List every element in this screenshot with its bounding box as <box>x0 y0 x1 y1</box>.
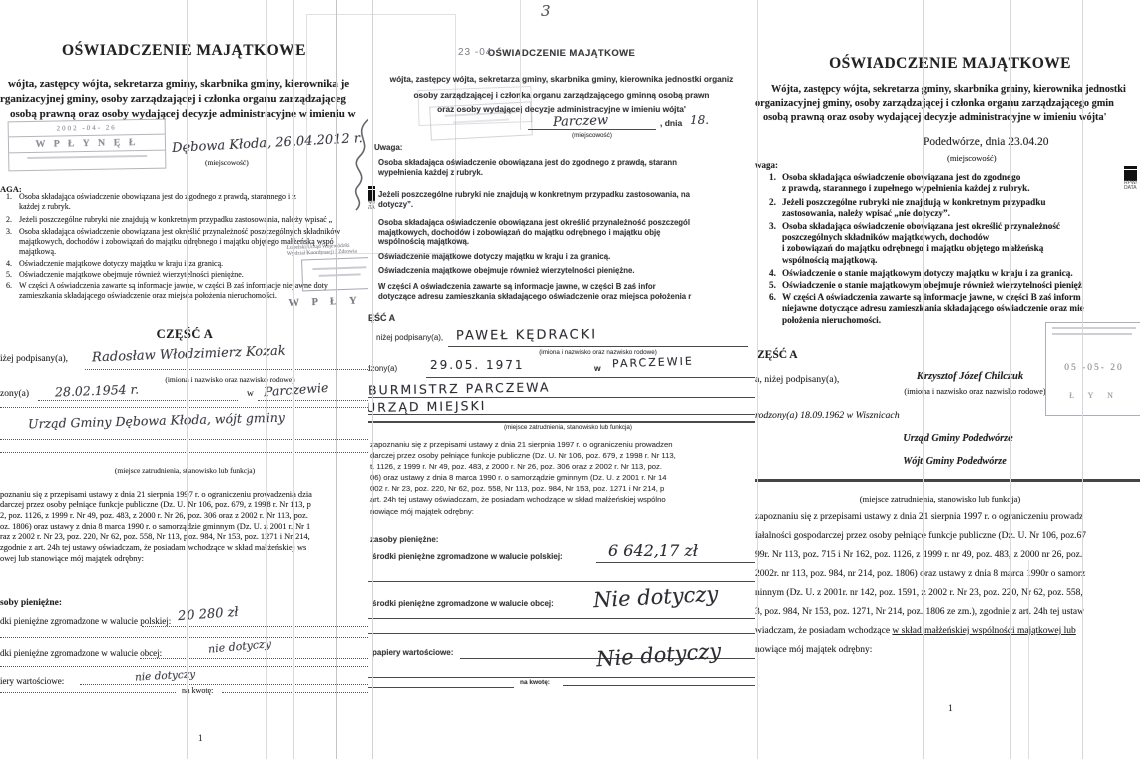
underline <box>368 687 514 688</box>
place-label: (miejscowość) <box>205 158 249 167</box>
page-number: 1 <box>948 704 953 714</box>
assets-fx-value-handwritten: nie dotyczy <box>208 637 272 655</box>
item-text: Osoba składająca oświadczenie obowiązana… <box>782 172 1030 195</box>
employment-label: (miejsce zatrudnienia, stanowisko lub fu… <box>458 424 678 431</box>
dotted-line <box>0 666 368 667</box>
employment-label: (miejsce zatrudnienia, stanowisko lub fu… <box>825 494 1055 504</box>
legal-line: zapoznaniu się z przepisami ustawy z dni… <box>755 512 1083 522</box>
stamp-date-box <box>301 257 368 292</box>
employment-label: (miejsce zatrudnienia, stanowisko lub fu… <box>55 466 315 475</box>
subtitle-line: osobą prawną oraz osoby wydającej decyzj… <box>763 112 1106 123</box>
employment-handwritten-1: BURMISTRZ PARCZEWA <box>368 379 551 397</box>
legal-line: 06) oraz ustawy z dnia 8 marca 1990 r. o… <box>370 473 667 482</box>
dotted-line <box>0 637 368 638</box>
item-number: 5. <box>6 270 19 280</box>
faint-stamp-frame <box>306 14 456 254</box>
uwaga-item: 3. Osoba składająca oświadczenie obowiąz… <box>769 221 1139 266</box>
underline <box>448 346 748 347</box>
born-place-handwritten: PARCZEWIE <box>612 355 694 371</box>
legal-text-underlined: w skład małżeńskiej wspólności majątkowe… <box>892 626 1075 636</box>
received-stamp-date: 2002 -04- 26 <box>9 123 165 134</box>
legal-line: zapoznaniu się z przepisami ustawy z dni… <box>370 440 673 449</box>
uwaga-heading: waga: <box>755 160 778 170</box>
voivodship-stamp: Lubelski Urząd Wojewódzki Wydział Koordy… <box>287 241 368 331</box>
assets-pln-label: środki pieniężne zgromadzone w walucie p… <box>372 552 563 561</box>
scanned-documents-collage: OŚWIADCZENIE MAJĄTKOWE wójta, zastępcy w… <box>0 0 1140 759</box>
underline <box>368 421 755 423</box>
underline <box>368 677 755 678</box>
dotted-line <box>0 407 368 408</box>
legal-line: 2, poz. 1126, z 1999 r. Nr 49, poz. 483,… <box>0 511 308 520</box>
signed-name-handwritten: PAWEŁ KĘDRACKI <box>456 327 597 343</box>
item-text: Oświadczenie majątkowe dotyczy majątku w… <box>19 259 223 269</box>
item-text: Oświadczenie majątkowe obejmuje również … <box>19 270 244 280</box>
part-a-heading: ĘŚĆ A <box>368 313 395 323</box>
item-text: W części A oświadczenia zawarte są infor… <box>782 292 1084 326</box>
item-number: 1. <box>6 192 19 212</box>
securities-value-handwritten: nie dotyczy <box>135 668 196 683</box>
subtitle-line: Wójta, zastępcy wójta, sekretarza gminy,… <box>771 84 1126 95</box>
underline <box>426 377 755 378</box>
assets-pln-value-handwritten: 6 642,17 zł <box>608 541 698 560</box>
part-a-heading: ZĘŚĆ A <box>757 349 798 361</box>
stamp-date: 05 -05- 20 <box>1046 363 1140 373</box>
section-divider <box>755 479 1140 482</box>
page-title: OŚWIADCZENIE MAJĄTKOWE <box>765 55 1135 73</box>
legal-line: nowiące mój majątek odrębny: <box>755 645 872 655</box>
assets-fx-value-handwritten: Nie dotyczy <box>592 582 718 613</box>
born-in-label: w <box>594 363 601 373</box>
subtitle-line: wójta, zastępcy wójta, sekretarza gminy,… <box>8 78 349 90</box>
rpw-caption: DATA <box>1124 186 1137 191</box>
legal-line: nowiące mój majątek odrębny: <box>370 507 474 516</box>
item-number: 1. <box>769 172 782 195</box>
rpw-barcode-icon <box>1124 166 1137 181</box>
uwaga-item: 5. Oświadczenie o stanie majątkowym obej… <box>769 280 1140 291</box>
stamp-tail: Ł Y N <box>1046 391 1140 400</box>
legal-line: darczej przez osoby pełniące funkcje pub… <box>370 451 676 460</box>
assets-heading: zasoby pieniężne: <box>370 535 438 544</box>
legal-line: 3, poz. 984, Nr 153, poz. 1271, Nr 214, … <box>755 607 1084 617</box>
legal-line: poznaniu się z przepisami ustawy z dnia … <box>0 490 312 499</box>
item-number: 4. <box>769 268 782 279</box>
legal-line: zgodnie z art. 24h tej ustawy oświadczam… <box>0 543 306 552</box>
stamp-wplynelo: W P Ł Y N <box>288 294 368 309</box>
dotted-line <box>38 400 238 401</box>
securities-label: iery wartościowe: <box>0 676 64 686</box>
legal-line: t. 1126, z 1999 r. Nr 49, poz. 483, z 20… <box>370 462 662 471</box>
received-stamp-label: W P Ł Y N Ę Ł <box>9 134 165 154</box>
assets-heading: soby pieniężne: <box>0 598 62 608</box>
item-text: Osoba składająca oświadczenie obowiązana… <box>19 192 296 212</box>
item-text: Jeżeli poszczególne rubryki nie znajdują… <box>19 215 332 225</box>
uwaga-item: 1. Osoba składająca oświadczenie obowiąz… <box>769 172 1139 195</box>
item-text: Osoba składająca oświadczenie obowiązana… <box>782 221 1060 266</box>
legal-line: art. 24h tej ustawy oświadczam, że posia… <box>370 495 666 504</box>
signed-name-handwritten: Radosław Włodzimierz Kozak <box>92 344 286 366</box>
document-right: OŚWIADCZENIE MAJĄTKOWE Wójta, zastępcy w… <box>755 0 1140 759</box>
dotted-line <box>0 692 176 693</box>
legal-line: oz. 1806) oraz ustawy z dnia 8 marca 199… <box>0 522 310 531</box>
page-number: 1 <box>198 733 203 743</box>
place-date: Podedwórze, dnia 23.04.20 <box>923 136 1049 148</box>
underline <box>596 562 755 563</box>
legal-line: wiadczam, że posiadam wchodzące w skład … <box>755 626 1076 636</box>
item-text: Oświadczenie o stanie majątkowym obejmuj… <box>782 280 1082 291</box>
born-in-label: w <box>247 389 254 399</box>
born-date-handwritten: 29.05. 1971 <box>430 358 525 372</box>
legal-line: raz z 2002 r. Nr 23, poz. 220, Nr 62, po… <box>0 532 310 541</box>
dotted-line <box>140 658 368 659</box>
amount-label: na kwotę: <box>520 679 550 686</box>
legal-line: 2002r. nr 113, poz. 984, nr 214, poz. 18… <box>755 569 1085 579</box>
underline <box>368 414 755 415</box>
legal-line: darczej przez osoby pełniące funkcje pub… <box>0 500 311 509</box>
received-stamp: 05 -05- 20 Ł Y N <box>1045 322 1140 416</box>
item-number: 6. <box>6 281 19 301</box>
employment-handwritten: Urząd Gminy Dębowa Kłoda, wójt gminy <box>28 410 285 432</box>
underline <box>368 397 755 398</box>
date-label: , dnia <box>660 118 682 128</box>
item-text: Jeżeli poszczególne rubryki nie znajdują… <box>782 197 1045 220</box>
stamp-smudge <box>27 155 147 159</box>
rpw-mark: RPW/ DATA <box>1124 166 1137 191</box>
subtitle-line: osobą prawną oraz osoby wydającej decyzj… <box>10 108 356 120</box>
dotted-line <box>222 692 368 693</box>
place-handwritten: Parczew <box>553 113 609 130</box>
item-number: 3. <box>769 221 782 266</box>
dotted-line <box>80 684 368 685</box>
underline <box>368 633 755 634</box>
assets-pln-value-handwritten: 20 280 zł <box>178 605 240 624</box>
amount-label: na kwotę: <box>182 686 213 695</box>
underline <box>528 129 656 130</box>
uwaga-item: W części A oświadczenia zawarte są infor… <box>378 282 755 301</box>
employer: Urząd Gminy Podedwórze <box>858 433 1058 444</box>
legal-line: owej lub stanowiące mój majątek odrębny: <box>0 554 144 563</box>
born-place-handwritten: Parczewie <box>264 380 329 399</box>
signed-name: Krzysztof Józef Chilczuk <box>865 371 1075 382</box>
born-label: dzony(a) <box>368 364 397 373</box>
signed-label: iżej podpisany(a), <box>0 354 68 364</box>
place-label: (miejscowość) <box>528 132 656 139</box>
signed-label: a, niżej podpisany(a), <box>755 374 839 385</box>
uwaga-item: 2. Jeżeli poszczególne rubryki nie znajd… <box>769 197 1139 220</box>
legal-text: wiadczam, że posiadam wchodzące <box>755 626 892 636</box>
born-line: rodzony(a) 18.09.1962 w Wisznicach <box>755 410 900 421</box>
assets-fx-label: dki pieniężne zgromadzone w walucie obce… <box>0 648 162 658</box>
item-number: 2. <box>6 215 19 225</box>
uwaga-item: 4. Oświadczenie o stanie majątkowym doty… <box>769 268 1140 279</box>
born-date-handwritten: 28.02.1954 r. <box>55 382 140 400</box>
stamp-fragment-date: 23 -04 <box>458 47 492 58</box>
born-label: zony(a) <box>0 389 29 399</box>
subtitle-line: rganizacyjnej gminy, osoby zarządzającej… <box>0 93 346 105</box>
item-number: 6. <box>769 292 782 326</box>
faint-stamp-inner-box <box>417 86 532 126</box>
part-a-heading: CZĘŚĆ A <box>60 327 310 342</box>
signed-label: niżej podpisany(a), <box>376 333 443 342</box>
assets-fx-label: środki pieniężne zgromadzone w walucie o… <box>372 599 554 608</box>
position: Wójt Gminy Podedwórze <box>855 456 1055 467</box>
underline <box>368 618 755 619</box>
securities-label: papiery wartościowe: <box>372 648 453 657</box>
dotted-line <box>258 400 368 401</box>
place-label: (miejscowość) <box>947 153 997 163</box>
legal-line: 99r. Nr 113, poz. 715 i Nr 162, poz. 112… <box>755 550 1082 560</box>
underline <box>563 685 755 686</box>
item-text: W części A oświadczenia zawarte są infor… <box>19 281 328 301</box>
dotted-line <box>85 369 368 370</box>
uwaga-item: Oświadczenia majątkowe obejmuje również … <box>378 266 635 275</box>
legal-line: ninnym (Dz. U. z 2001r. nr 142, poz. 159… <box>755 588 1083 598</box>
legal-line: iałalności gospodarczej przez osoby pełn… <box>755 531 1086 541</box>
date-handwritten: 18. <box>690 113 709 127</box>
page-mark-handwritten: 3 <box>541 2 551 20</box>
securities-value-handwritten: Nie dotyczy <box>595 639 722 672</box>
dotted-line <box>0 439 368 440</box>
item-number: 4. <box>6 259 19 269</box>
subtitle-line: organizacyjnej gminy, osoby zarządzające… <box>755 98 1114 109</box>
item-number: 2. <box>769 197 782 220</box>
item-number: 5. <box>769 280 782 291</box>
dotted-line <box>142 626 368 627</box>
employment-handwritten-2: URZĄD MIEJSKI <box>368 398 487 415</box>
item-text: Oświadczenie o stanie majątkowym dotyczy… <box>782 268 1073 279</box>
assets-pln-label: dki pieniężne zgromadzone w walucie pols… <box>0 616 171 626</box>
legal-line: 002 r. Nr 23, poz. 220, Nr 62, poz. 558,… <box>370 484 664 493</box>
dotted-line <box>0 452 368 453</box>
item-number: 3. <box>6 227 19 257</box>
received-stamp: 2002 -04- 26 W P Ł Y N Ę Ł <box>8 119 167 172</box>
